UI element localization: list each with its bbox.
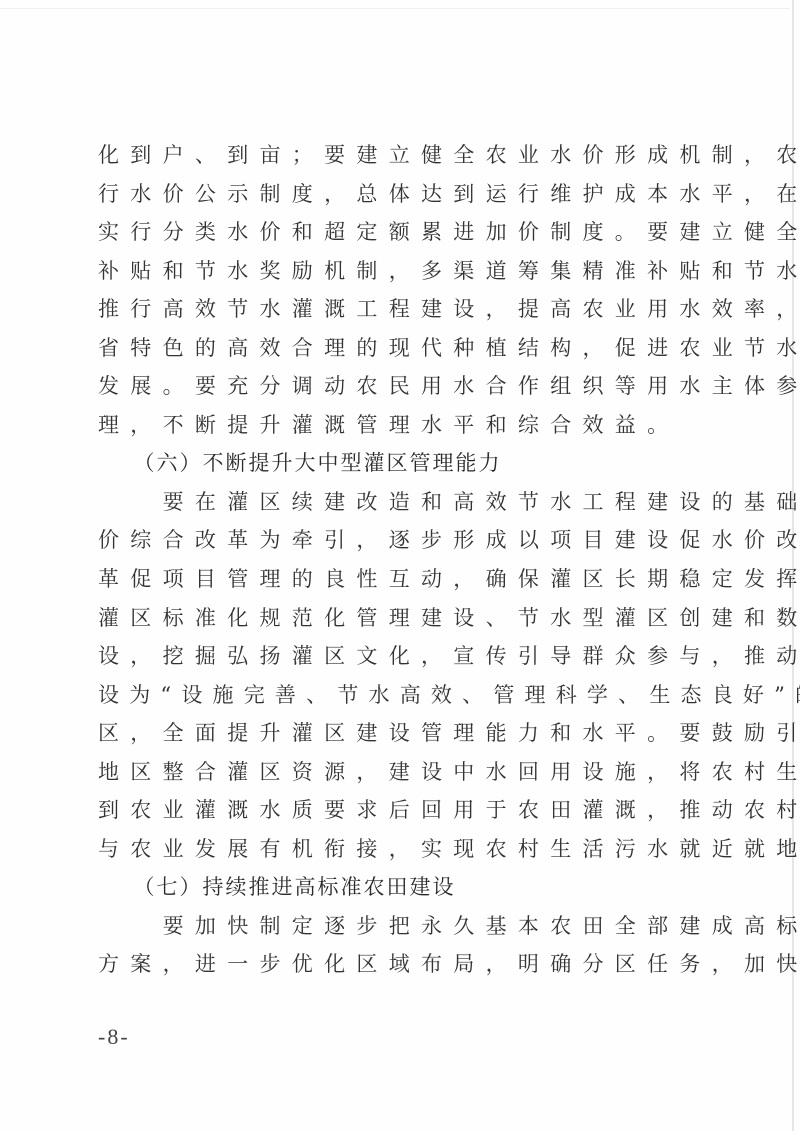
page-number: -8- <box>98 1024 130 1050</box>
paragraph-line: 省特色的高效合理的现代种植结构，促进农业节水和农业可持续 <box>98 329 688 368</box>
paragraph-line: 化到户、到亩；要建立健全农业水价形成机制，农业用水全面实 <box>98 136 688 175</box>
paragraph-line: 设，挖掘弘扬灌区文化，宣传引导群众参与，推动大中型灌区建 <box>98 637 688 676</box>
paragraph-line: 地区整合灌区资源，建设中水回用设施，将农村生活污水处理达 <box>98 753 688 792</box>
paragraph-line: 实行分类水价和超定额累进加价制度。要建立健全农业用水精准 <box>98 213 688 252</box>
paragraph-line: 灌区标准化规范化管理建设、节水型灌区创建和数字孪生灌区建 <box>98 599 688 638</box>
page-top-edge <box>0 8 790 9</box>
paragraph-line: 要加快制定逐步把永久基本农田全部建成高标准农田实施 <box>98 907 688 946</box>
paragraph-line: 补贴和节水奖励机制，多渠道筹集精准补贴和节水奖励资金。要 <box>98 252 688 291</box>
paragraph-line: 到农业灌溉水质要求后回用于农田灌溉，推动农村生活污水治理 <box>98 791 688 830</box>
paragraph-line: 价综合改革为牵引，逐步形成以项目建设促水价改革、以水价改 <box>98 521 688 560</box>
paragraph-line: 行水价公示制度，总体达到运行维护成本水平，在终端用水环节 <box>98 175 688 214</box>
paragraph-line: 革促项目管理的良性互动，确保灌区长期稳定发挥效益。要开展 <box>98 560 688 599</box>
paragraph-line: 区，全面提升灌区建设管理能力和水平。要鼓励引导具备条件的 <box>98 714 688 753</box>
paragraph-line: 设为“设施完善、节水高效、管理科学、生态良好”的现代化灌 <box>98 676 688 715</box>
paragraph-line: 理，不断提升灌溉管理水平和综合效益。 <box>98 406 688 445</box>
paragraph-line: 发展。要充分调动农民用水合作组织等用水主体参与灌区建设管 <box>98 367 688 406</box>
paragraph-line: 与农业发展有机衔接，实现农村生活污水就近就地资源化利用。 <box>98 830 688 869</box>
section-heading-seven: （七）持续推进高标准农田建设 <box>98 868 688 907</box>
paragraph-line: 方案，进一步优化区域布局，明确分区任务，加快高标准农田建 <box>98 945 688 984</box>
document-body: 化到户、到亩；要建立健全农业水价形成机制，农业用水全面实 行水价公示制度，总体达… <box>98 136 688 984</box>
paragraph-line: 推行高效节水灌溉工程建设，提高农业用水效率，构建起具有我 <box>98 290 688 329</box>
paragraph-line: 要在灌区续建改造和高效节水工程建设的基础上，以农业水 <box>98 483 688 522</box>
section-heading-six: （六）不断提升大中型灌区管理能力 <box>98 444 688 483</box>
document-page: 化到户、到亩；要建立健全农业水价形成机制，农业用水全面实 行水价公示制度，总体达… <box>0 0 800 1131</box>
